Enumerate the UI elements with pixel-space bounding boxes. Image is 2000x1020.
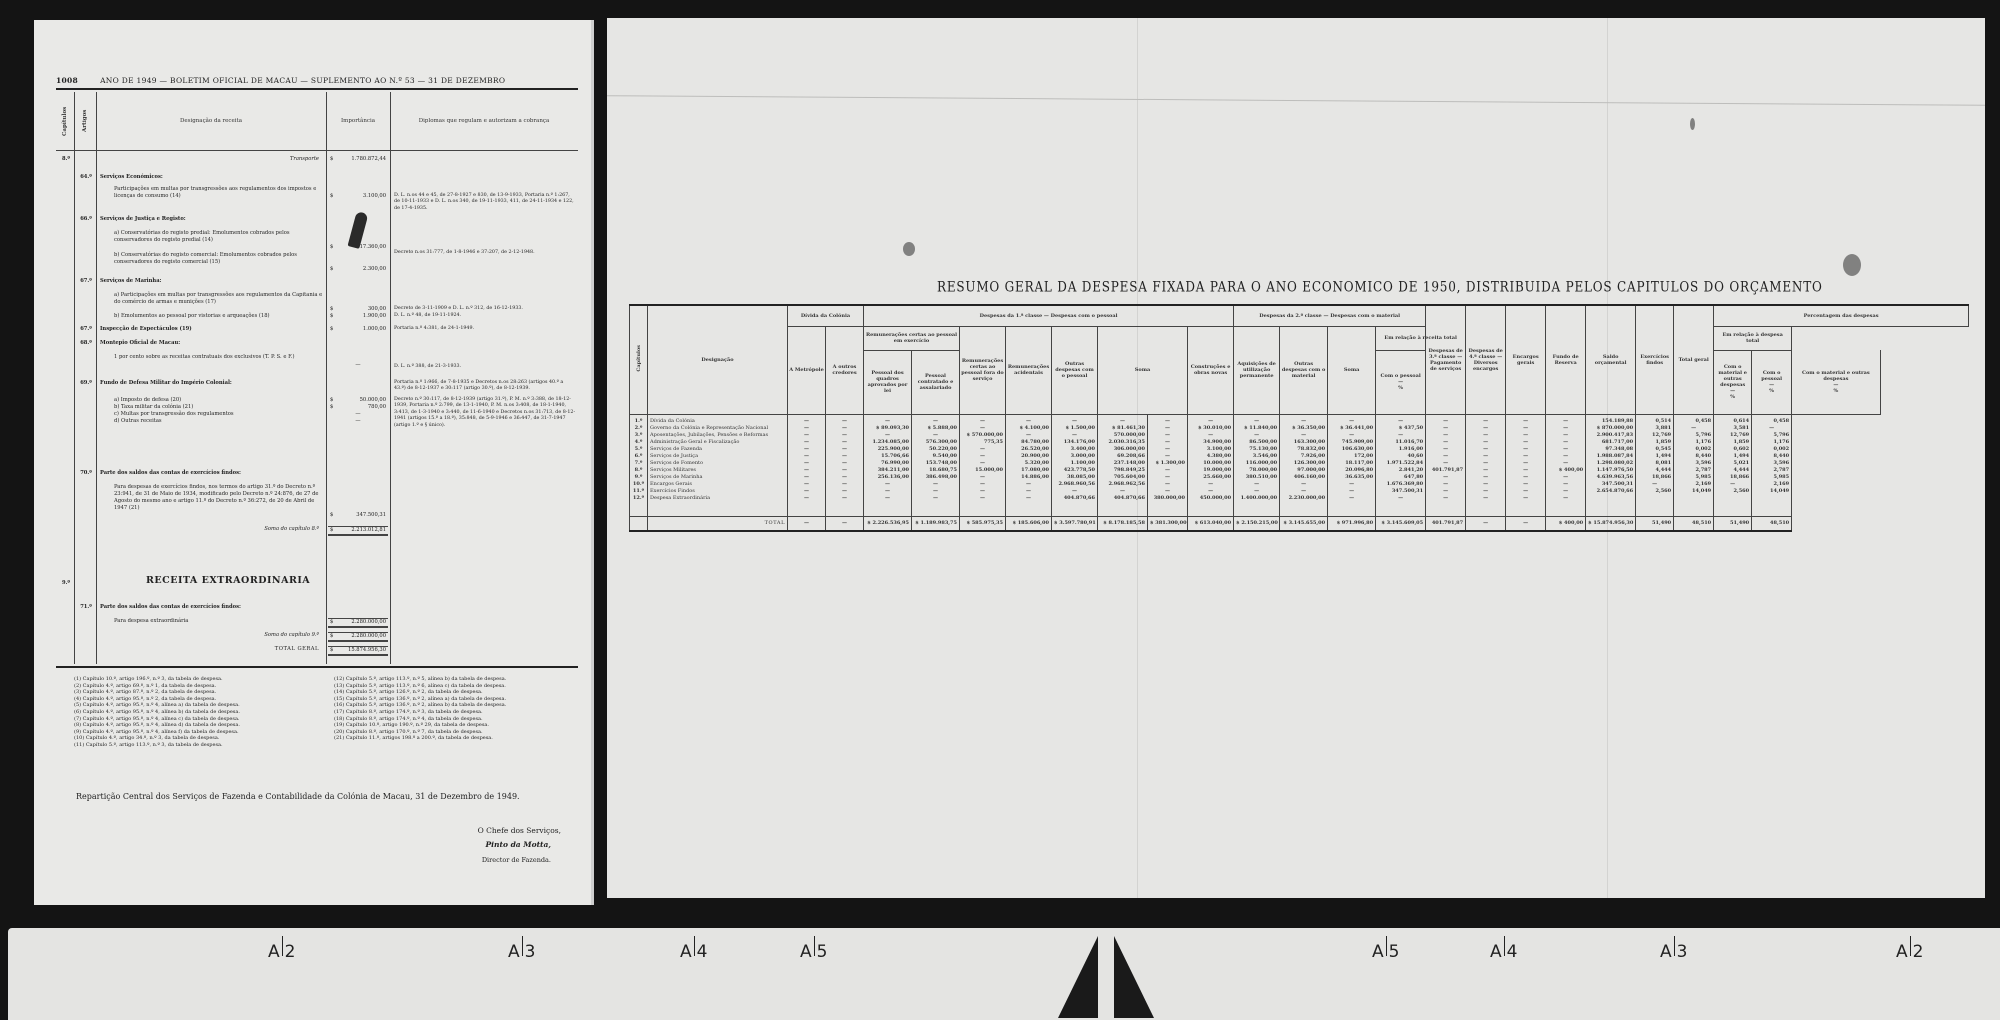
header-divida-group: Dívida da Colónia — [788, 306, 864, 326]
value-cell: — — [788, 453, 826, 460]
diploma-cell: Portaria n.º 1:966, de 7-8-1935 e Decret… — [394, 380, 576, 393]
total-label: TOTAL — [648, 516, 788, 531]
value-cell: — — [1546, 453, 1586, 460]
header-capitulos: Capítulos — [630, 306, 648, 414]
frame-marker: A5 — [1372, 942, 1399, 962]
value-cell: — — [1546, 474, 1586, 481]
currency-symbol: $ — [330, 527, 333, 534]
value-cell: 0,002 — [1674, 446, 1714, 453]
capitulo-cell: 1.º — [630, 414, 648, 425]
header-aquisicoes: Aquisições de utilização permanente — [1234, 326, 1280, 414]
percent-sign: % — [1769, 388, 1774, 394]
value-cell: — — [1426, 474, 1466, 481]
value-cell: — — [1148, 467, 1188, 474]
capitulo-cell: 8.º — [630, 467, 648, 474]
designation-cell: Para despesa extraordinária — [100, 618, 325, 625]
value-cell: $ 437,50 — [1376, 425, 1426, 432]
table-row: 2.ºGoverno da Colónia e Representação Na… — [630, 425, 1969, 432]
column-divider — [74, 92, 75, 664]
currency-symbol: $ — [330, 633, 333, 640]
footnote: (12) Capítulo 5.º, artigo 113.º, n.º 5, … — [334, 676, 574, 683]
value-cell: — — [960, 453, 1006, 460]
amount-cell: $300,00 — [328, 306, 388, 313]
value-cell: — — [826, 488, 864, 495]
amount-value: 50.000,00 — [360, 397, 386, 404]
value-cell: 3.000,00 — [1052, 453, 1098, 460]
header-capitulos: Capítulos — [56, 92, 74, 150]
value-cell: 1.916,00 — [1376, 446, 1426, 453]
value-cell: — — [1148, 446, 1188, 453]
value-cell: — — [1466, 453, 1506, 460]
value-cell: — — [1752, 425, 1792, 432]
subtotal-label: Soma do capítulo 9.º — [100, 632, 325, 639]
value-cell: — — [788, 446, 826, 453]
table-row: 11.ºExercícios Findos—————————————347.50… — [630, 488, 1969, 495]
header-text: Com o material e outras despesas — [1718, 364, 1747, 388]
page-header-title: ANO DE 1949 — BOLETIM OFICIAL DE MACAU —… — [100, 76, 505, 85]
value-cell: 401.791,87 — [1426, 467, 1466, 474]
designation-cell: Governo da Colónia e Representação Nacio… — [648, 425, 788, 432]
artigo-cell: 64.º — [76, 174, 96, 181]
value-cell: 1.100,00 — [1052, 460, 1098, 467]
header-rel-despesa: Em relação à despesa total — [1714, 326, 1792, 350]
value-cell: — — [1426, 446, 1466, 453]
designation-cell: Parte dos saldos das contas de exercício… — [100, 604, 325, 611]
left-triangle-marker-icon — [1058, 936, 1098, 1018]
header-remun-certas-group: Remunerações certas ao pessoal em exercí… — [864, 326, 960, 350]
marker-tick — [1910, 936, 1911, 956]
value-cell: — — [1466, 439, 1506, 446]
capitulo-cell: 6.º — [630, 453, 648, 460]
marker-number: 5 — [817, 942, 828, 962]
footnote: (10) Capítulo 4.º, artigo 34.º, n.º 3, d… — [74, 735, 314, 742]
value-cell: $ 36.441,00 — [1328, 425, 1376, 432]
value-cell: — — [1006, 481, 1052, 488]
value-cell: — — [1466, 460, 1506, 467]
value-cell: — — [1148, 425, 1188, 432]
amount-value: 2.213.012,81 — [351, 527, 386, 534]
expense-table-body: 1.ºDívida da Colónia——————————————————15… — [630, 414, 1969, 531]
value-cell: 2,787 — [1752, 467, 1792, 474]
marker-letter: A — [508, 942, 520, 962]
value-cell: — — [1546, 414, 1586, 425]
total-value-cell: $ 971.996,80 — [1328, 516, 1376, 531]
value-cell: — — [960, 414, 1006, 425]
value-cell: — — [1546, 488, 1586, 495]
value-cell: 225.900,00 — [864, 446, 912, 453]
marker-tick — [522, 936, 523, 956]
header-encargos-gerais: Encargos gerais — [1506, 306, 1546, 414]
value-cell: 75.130,00 — [1234, 446, 1280, 453]
header-remun-fora: Remunerações certas ao pessoal fora do s… — [960, 326, 1006, 414]
value-cell: — — [1466, 488, 1506, 495]
value-cell: — — [1546, 446, 1586, 453]
value-cell: — — [1426, 439, 1466, 446]
subtotal-label: Soma do capítulo 8.º — [100, 526, 325, 533]
value-cell: — — [912, 488, 960, 495]
header-classe3: Despesas de 3.ª classe — Pagamento de se… — [1426, 306, 1466, 414]
value-cell: 2,169 — [1752, 481, 1792, 488]
value-cell: 154.189,88 — [1586, 414, 1636, 425]
value-cell: — — [1188, 481, 1234, 488]
value-cell: — — [912, 432, 960, 439]
expense-summary-table: Capítulos Designação Dívida da Colónia D… — [629, 304, 1969, 532]
total-value-cell: 48,510 — [1752, 516, 1792, 531]
value-cell — [1586, 495, 1636, 517]
value-cell: 97.348,08 — [1586, 446, 1636, 453]
value-cell: 78.832,00 — [1280, 446, 1328, 453]
currency-symbol: $ — [330, 313, 333, 320]
value-cell: — — [788, 488, 826, 495]
value-cell: 26.520,00 — [1006, 446, 1052, 453]
value-cell: 404.870,66 — [1098, 495, 1148, 517]
value-cell: — — [1506, 474, 1546, 481]
designation-cell: Participações em multas por transgressõe… — [100, 186, 325, 200]
value-cell: 2.968.960,56 — [1052, 481, 1098, 488]
table-row: 6.ºServiços de Justiça——15.706,669.540,0… — [630, 453, 1969, 460]
value-cell: — — [1546, 460, 1586, 467]
designation-cell: Serviços Militares — [648, 467, 788, 474]
value-cell: — — [960, 481, 1006, 488]
amount-cell: $2.300,00 — [328, 266, 388, 273]
value-cell: — — [1546, 425, 1586, 432]
frame-marker: A3 — [508, 942, 535, 962]
value-cell: 3.100,00 — [1188, 446, 1234, 453]
marker-number: 2 — [1913, 942, 1924, 962]
subtotal-amount: $2.213.012,81 — [328, 526, 388, 536]
designation-cell: Serviços de Fazenda — [648, 446, 788, 453]
value-cell: 14,049 — [1752, 488, 1792, 495]
header-classe1-group: Despesas da 1.ª classe — Despesas com o … — [864, 306, 1234, 326]
header-saldo-orcamental: Saldo orçamental — [1586, 306, 1636, 414]
value-cell: — — [1506, 481, 1546, 488]
artigo-cell: 69.º — [76, 380, 96, 387]
frame-marker: A2 — [268, 942, 295, 962]
value-cell: 38.085,00 — [1052, 474, 1098, 481]
value-cell — [1714, 495, 1752, 517]
footnote: (21) Capítulo 11.º, artigos 198.º a 200.… — [334, 735, 574, 742]
value-cell: 50.220,00 — [912, 446, 960, 453]
frame-marker: A2 — [1896, 942, 1923, 962]
amount-value: 2.280.000,00 — [351, 619, 386, 626]
value-cell: 5.320,00 — [1006, 460, 1052, 467]
right-page: RESUMO GERAL DA DESPESA FIXADA PARA O AN… — [607, 18, 1985, 898]
marker-tick — [1674, 936, 1675, 956]
diploma-cell: D. L. n.º 48, de 19-11-1924. — [394, 313, 576, 319]
marker-number: 3 — [525, 942, 536, 962]
value-cell: 1,494 — [1636, 453, 1674, 460]
header-designacao: Designação — [648, 306, 788, 414]
value-cell: 15.000,00 — [960, 467, 1006, 474]
designation-cell: Serviços de Fomento — [648, 460, 788, 467]
capitulo-cell: 10.º — [630, 481, 648, 488]
marker-tick — [1504, 936, 1505, 956]
total-spacer — [630, 516, 648, 531]
marker-letter: A — [1490, 942, 1502, 962]
marker-number: 4 — [697, 942, 708, 962]
designation-cell: Fundo de Defesa Militar do Império Colon… — [100, 380, 325, 387]
column-divider — [390, 92, 391, 664]
value-cell: 1,176 — [1752, 439, 1792, 446]
value-cell: — — [788, 425, 826, 432]
value-cell: 3.400,00 — [1052, 446, 1098, 453]
diploma-cell: D. L. n.os 44 e 45, de 27-8-1927 e 830, … — [394, 193, 576, 212]
value-cell: — — [1006, 495, 1052, 517]
header-com-pessoal-receita: Com o pessoal—% — [1376, 350, 1426, 414]
header-rule — [56, 150, 578, 151]
value-cell: $ 4.100,00 — [1006, 425, 1052, 432]
value-cell: — — [1188, 414, 1234, 425]
total-value-cell: — — [826, 516, 864, 531]
value-cell: — — [960, 446, 1006, 453]
table-bottom-rule — [56, 666, 578, 668]
value-cell: 12,769 — [1636, 432, 1674, 439]
header-text: Com o pessoal — [1761, 370, 1782, 382]
header-percent-group: Percentagem das despesas — [1714, 306, 1969, 326]
value-cell: 126.300,00 — [1280, 460, 1328, 467]
header-remun-acidentais: Remunerações acidentais — [1006, 326, 1052, 414]
designation-cell: Encargos Gerais — [648, 481, 788, 488]
value-cell: 116.000,00 — [1234, 460, 1280, 467]
value-cell: 380.510,00 — [1234, 474, 1280, 481]
header-artigos: Artigos — [74, 92, 96, 150]
value-cell: — — [788, 481, 826, 488]
value-cell: — — [1426, 414, 1466, 425]
amount-value: 2.300,00 — [363, 266, 386, 273]
value-cell: — — [826, 474, 864, 481]
value-cell: — — [1328, 495, 1376, 517]
value-cell: 4,444 — [1636, 467, 1674, 474]
value-cell: — — [1052, 488, 1098, 495]
ink-blot — [1690, 118, 1695, 130]
value-cell: 1,176 — [1674, 439, 1714, 446]
value-cell: — — [1280, 481, 1328, 488]
capitulo-cell: 12.º — [630, 495, 648, 517]
amount-cell: $347.500,31 — [328, 512, 388, 519]
header-pessoal-quadros: Pessoal dos quadros aprovados por lei — [864, 350, 912, 414]
currency-symbol: $ — [330, 512, 333, 519]
value-cell: 1,859 — [1714, 439, 1752, 446]
currency-symbol: $ — [330, 619, 333, 626]
amount-cell: $1.000,00 — [328, 326, 388, 333]
header-rule — [56, 88, 578, 90]
value-cell: 14,049 — [1674, 488, 1714, 495]
capitulo-cell: 5.º — [630, 446, 648, 453]
total-value-cell: $ 585.975,35 — [960, 516, 1006, 531]
total-row: TOTAL——$ 2.226.536,95$ 1.189.983,75$ 585… — [630, 516, 1969, 531]
value-cell: — — [1466, 432, 1506, 439]
total-value-cell: 51,490 — [1636, 516, 1674, 531]
value-cell: $ 400,00 — [1546, 467, 1586, 474]
header-fundo-reserva: Fundo de Reserva — [1546, 306, 1586, 414]
signature-name: Pinto da Motta, — [486, 840, 551, 849]
marker-letter: A — [800, 942, 812, 962]
capitulo-cell: 3.º — [630, 432, 648, 439]
value-cell: 11.016,70 — [1376, 439, 1426, 446]
column-divider — [96, 92, 97, 664]
amount-cell: $3.100,00 — [328, 193, 388, 200]
value-cell: — — [826, 460, 864, 467]
value-cell: 3,596 — [1752, 460, 1792, 467]
footnote: (14) Capítulo 5.º, artigo 126.º, n.º 2, … — [334, 689, 574, 696]
value-cell: 2,787 — [1674, 467, 1714, 474]
value-cell: — — [1052, 414, 1098, 425]
value-cell: 69.208,66 — [1098, 453, 1148, 460]
value-cell: — — [1426, 495, 1466, 517]
capitulo-cell: 8.º — [58, 156, 74, 163]
header-pessoal-contratado: Pessoal contratado e assalariado — [912, 350, 960, 414]
artigo-cell: 67.º — [76, 278, 96, 285]
value-cell: — — [960, 474, 1006, 481]
value-cell: 40,60 — [1376, 453, 1426, 460]
amount-cell: $780,00 — [328, 404, 388, 411]
currency-symbol: $ — [330, 266, 333, 273]
value-cell: — — [826, 425, 864, 432]
value-cell: — — [1006, 414, 1052, 425]
value-cell: 705.604,00 — [1098, 474, 1148, 481]
amount-cell: — — [328, 362, 388, 369]
table-row: 1.ºDívida da Colónia——————————————————15… — [630, 414, 1969, 425]
value-cell: — — [1466, 425, 1506, 432]
value-cell: $ 5.888,00 — [912, 425, 960, 432]
total-value-cell: $ 613.040,00 — [1188, 516, 1234, 531]
value-cell: — — [1234, 488, 1280, 495]
value-cell: — — [826, 432, 864, 439]
value-cell: — — [1546, 481, 1586, 488]
value-cell: 12,769 — [1714, 432, 1752, 439]
value-cell: — — [1328, 414, 1376, 425]
frame-marker: A3 — [1660, 942, 1687, 962]
marker-letter: A — [268, 942, 280, 962]
marker-number: 5 — [1389, 942, 1400, 962]
value-cell: $ 36.350,00 — [1280, 425, 1328, 432]
value-cell: 775,35 — [960, 439, 1006, 446]
value-cell: — — [1466, 481, 1506, 488]
value-cell: 34.900,00 — [1188, 439, 1234, 446]
header-classe2-group: Despesas da 2.ª classe — Despesas com o … — [1234, 306, 1426, 326]
value-cell: 172,00 — [1328, 453, 1376, 460]
value-cell: — — [1188, 432, 1234, 439]
value-cell: 2.230.000,00 — [1280, 495, 1328, 517]
value-cell: 18,866 — [1636, 474, 1674, 481]
value-cell: 1,494 — [1714, 453, 1752, 460]
amount-value: 2.280.000,00 — [351, 633, 386, 640]
table-row: 10.ºEncargos Gerais——————2.968.960,562.9… — [630, 481, 1969, 488]
currency-symbol: $ — [330, 193, 333, 200]
value-cell: — — [1328, 488, 1376, 495]
value-cell: 15.706,66 — [864, 453, 912, 460]
value-cell: — — [1234, 414, 1280, 425]
designation-cell: 1 por cento sobre as receitas contratuai… — [100, 354, 325, 361]
amount-value: 300,00 — [368, 306, 386, 313]
total-value-cell: — — [1466, 516, 1506, 531]
value-cell: — — [1506, 495, 1546, 517]
total-value-cell: $ 381.300,00 — [1148, 516, 1188, 531]
marker-letter: A — [1372, 942, 1384, 962]
marker-tick — [814, 936, 815, 956]
value-cell: — — [1466, 495, 1506, 517]
value-cell: — — [826, 446, 864, 453]
value-cell: 380.000,00 — [1148, 495, 1188, 517]
value-cell: — — [1636, 481, 1674, 488]
designation-cell: d) Outras receitas — [100, 418, 325, 425]
percent-sign: % — [1730, 394, 1735, 400]
value-cell: — — [1148, 414, 1188, 425]
value-cell: 153.748,00 — [912, 460, 960, 467]
value-cell: 20.900,00 — [1006, 453, 1052, 460]
value-cell: 570.000,00 — [1098, 432, 1148, 439]
total-value-cell: $ 400,00 — [1546, 516, 1586, 531]
value-cell: 97.000,00 — [1280, 467, 1328, 474]
footnotes-left: (1) Capítulo 10.º, artigo 196.º, n.º 3, … — [74, 676, 314, 749]
value-cell: 2,560 — [1714, 488, 1752, 495]
value-cell: 745.909,00 — [1328, 439, 1376, 446]
value-cell: 0,614 — [1714, 414, 1752, 425]
header-rel-receita: Em relação à receita total — [1376, 326, 1466, 350]
currency-symbol: $ — [330, 156, 333, 163]
frame-marker: A4 — [680, 942, 707, 962]
capitulo-cell: 2.º — [630, 425, 648, 432]
value-cell: — — [960, 425, 1006, 432]
value-cell: — — [1234, 432, 1280, 439]
table-row: 8.ºServiços Militares——384.211,0018.680,… — [630, 467, 1969, 474]
right-triangle-marker-icon — [1114, 936, 1154, 1018]
value-cell — [1752, 495, 1792, 517]
left-page: 1008 ANO DE 1949 — BOLETIM OFICIAL DE MA… — [34, 20, 594, 905]
value-cell: — — [1052, 432, 1098, 439]
amount-value: 15.874.956,30 — [348, 647, 386, 654]
value-cell: 5,796 — [1752, 432, 1792, 439]
value-cell: — — [960, 488, 1006, 495]
total-value-cell: — — [1506, 516, 1546, 531]
capitulo-cell: 4.º — [630, 439, 648, 446]
footnote: (17) Capítulo 8.º, artigo 174.º, n.º 3, … — [334, 709, 574, 716]
value-cell: 576.300,00 — [912, 439, 960, 446]
total-value-cell: $ 2.150.215,00 — [1234, 516, 1280, 531]
receipts-table: Capítulos Artigos Designação da receita … — [56, 92, 578, 664]
closing-statement: Repartição Central dos Serviços de Fazen… — [56, 792, 576, 802]
designation-cell: Serviços Económicos: — [100, 174, 325, 181]
designation-cell: Serviços de Marinha: — [100, 278, 325, 285]
designation-cell: Administração Geral e Fiscalização — [648, 439, 788, 446]
amount-cell: — — [328, 418, 388, 425]
value-cell: 2.030.316,35 — [1098, 439, 1148, 446]
designation-cell: c) Multas por transgressão dos regulamen… — [100, 411, 325, 418]
ink-blot — [1843, 254, 1861, 276]
value-cell: 2.968.962,56 — [1098, 481, 1148, 488]
column-divider — [326, 92, 327, 664]
value-cell: 2.841,20 — [1376, 467, 1426, 474]
designation-cell: b) Emolumentos ao pessoal por vistorias … — [100, 313, 325, 320]
header-com-material-receita: Com o material e outras despesas—% — [1714, 350, 1752, 414]
amount-value: 780,00 — [368, 404, 386, 411]
value-cell: — — [1280, 432, 1328, 439]
value-cell: 306.000,00 — [1098, 446, 1148, 453]
table-row: 3.ºAposentações, Jubilações, Pensões e R… — [630, 432, 1969, 439]
capitulo-cell: 7.º — [630, 460, 648, 467]
marker-number: 3 — [1677, 942, 1688, 962]
total-value-cell: $ 15.874.956,30 — [1586, 516, 1636, 531]
value-cell: 14.886,00 — [1006, 474, 1052, 481]
value-cell: 84.780,00 — [1006, 439, 1052, 446]
amount-value: 347.500,31 — [356, 512, 386, 519]
header-exercicios-findos: Exercícios findos — [1636, 306, 1674, 414]
diploma-cell: Decreto n.os 31:777, de 1-8-1946 e 37:20… — [394, 250, 576, 256]
value-cell: 5,985 — [1674, 474, 1714, 481]
currency-symbol: $ — [330, 306, 333, 313]
value-cell: $ 30.010,00 — [1188, 425, 1234, 432]
value-cell: 2,169 — [1674, 481, 1714, 488]
